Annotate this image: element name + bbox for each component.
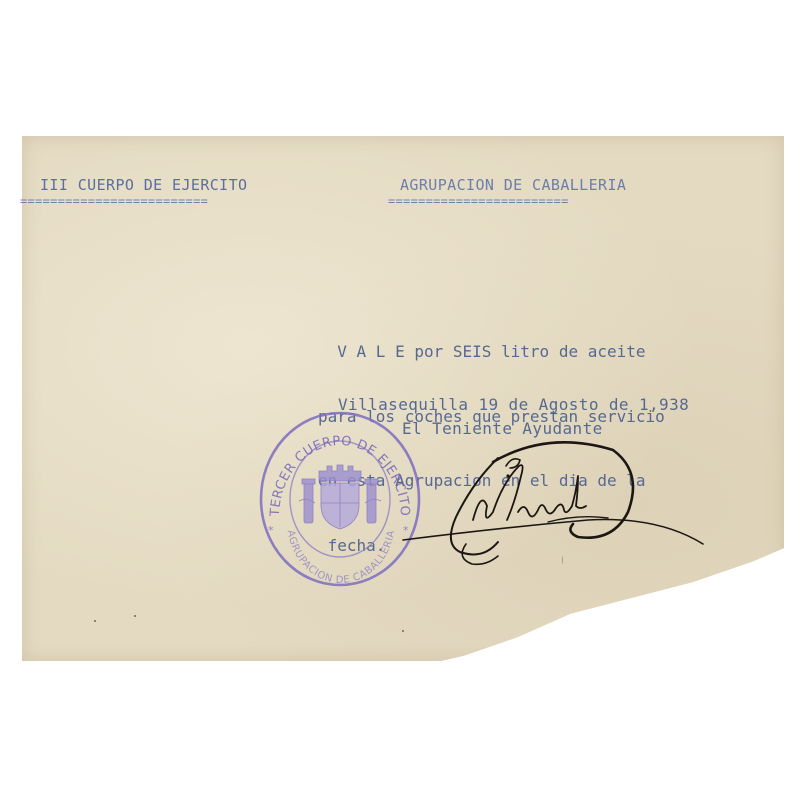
- signature-icon: Cifuentes: [398, 432, 718, 580]
- header-right-title: AGRUPACION DE CABALLERIA: [400, 178, 626, 193]
- header-left-title: III CUERPO DE EJERCITO: [40, 178, 247, 193]
- paper-speck: [402, 630, 404, 632]
- paper-speck: [94, 620, 96, 622]
- header-left-underline: =========================: [20, 195, 208, 207]
- paper-speck: [134, 615, 136, 617]
- body-line: V A L E por SEIS litro de aceite: [318, 341, 665, 363]
- coat-of-arms-icon: [299, 465, 381, 529]
- handwritten-signature: Cifuentes: [398, 432, 718, 580]
- header-right-underline: ========================: [388, 195, 569, 207]
- stamp-star-left: *: [268, 524, 274, 537]
